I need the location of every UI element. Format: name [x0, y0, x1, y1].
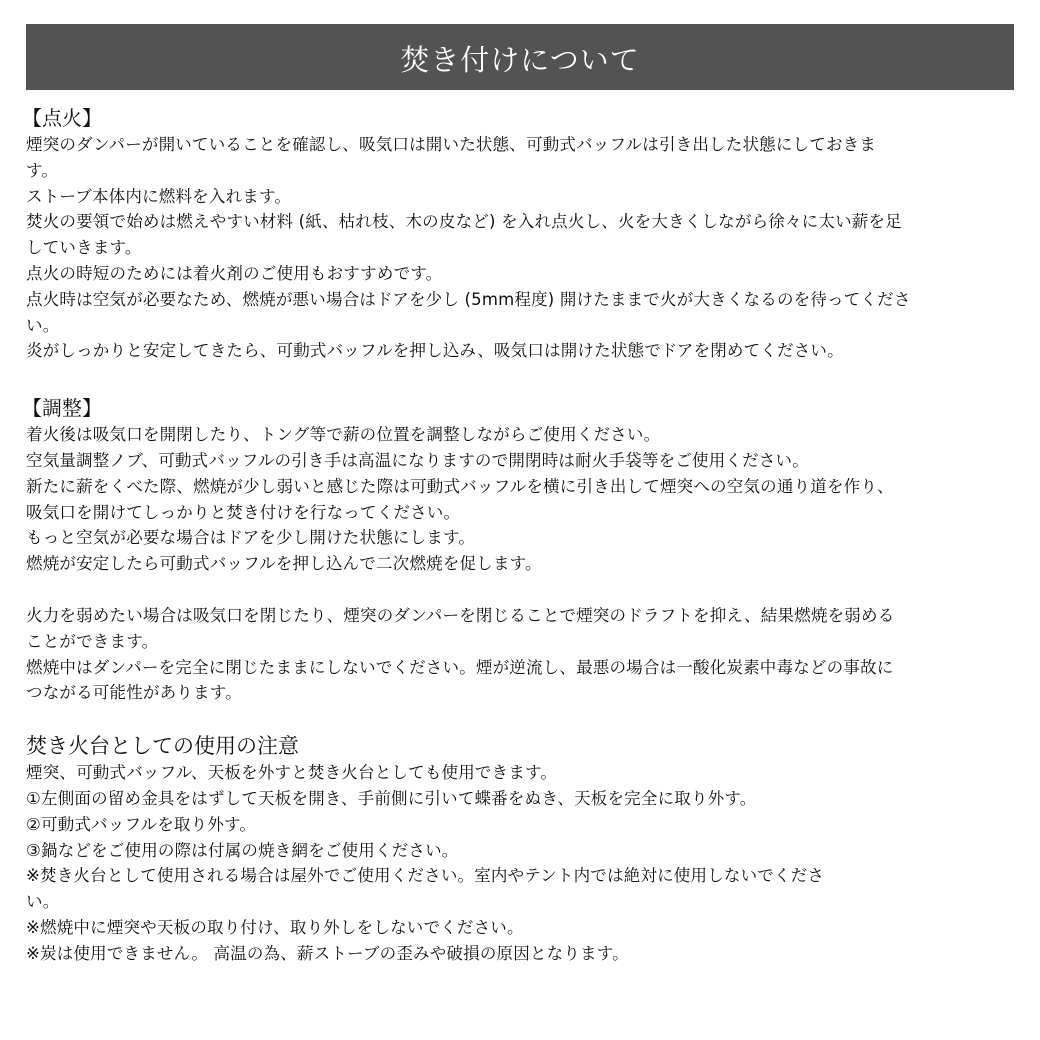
paragraph-line: す。 [26, 158, 1016, 184]
paragraph-line: ※焚き火台として使用される場合は屋外でご使用ください。室内やテント内では絶対に使… [26, 863, 1016, 889]
section-heading-firepit: 焚き火台としての使用の注意 [26, 732, 1016, 760]
paragraph-line: ※燃焼中に煙突や天板の取り付け、取り外しをしないでください。 [26, 915, 1016, 941]
paragraph-line: 点火の時短のためには着火剤のご使用もおすすめです。 [26, 261, 1016, 287]
paragraph-line: 空気量調整ノブ、可動式バッフルの引き手は高温になりますので開閉時は耐火手袋等をご… [26, 448, 1016, 474]
paragraph-line: 燃焼中はダンパーを完全に閉じたままにしないでください。煙が逆流し、最悪の場合は一… [26, 655, 1016, 681]
paragraph-line: 煙突のダンパーが開いていることを確認し、吸気口は開いた状態、可動式バッフルは引き… [26, 132, 1016, 158]
spacer [26, 577, 1016, 603]
paragraph-line: 点火時は空気が必要なため、燃焼が悪い場合はドアを少し (5mm程度) 開けたまま… [26, 287, 1016, 313]
paragraph-line: もっと空気が必要な場合はドアを少し開けた状態にします。 [26, 525, 1016, 551]
paragraph-line: 焚火の要領で始めは燃えやすい材料 (紙、枯れ枝、木の皮など) を入れ点火し、火を… [26, 209, 1016, 235]
paragraph-line: い。 [26, 313, 1016, 339]
paragraph-line: ①左側面の留め金具をはずして天板を開き、手前側に引いて蝶番をぬき、天板を完全に取… [26, 786, 1016, 812]
section-ignition: 【点火】 煙突のダンパーが開いていることを確認し、吸気口は開いた状態、可動式バッ… [26, 104, 1016, 364]
spacer [26, 364, 1016, 390]
paragraph-line: 着火後は吸気口を開閉したり、トング等で薪の位置を調整しながらご使用ください。 [26, 422, 1016, 448]
paragraph-line: 煙突、可動式バッフル、天板を外すと焚き火台としても使用できます。 [26, 760, 1016, 786]
paragraph-line: 燃焼が安定したら可動式バッフルを押し込んで二次燃焼を促します。 [26, 551, 1016, 577]
section-firepit: 焚き火台としての使用の注意 煙突、可動式バッフル、天板を外すと焚き火台としても使… [26, 732, 1016, 966]
paragraph-line: い。 [26, 889, 1016, 915]
paragraph-line: ストーブ本体内に燃料を入れます。 [26, 184, 1016, 210]
paragraph-line: ③鍋などをご使用の際は付属の焼き網をご使用ください。 [26, 838, 1016, 864]
paragraph-line: 吸気口を開けてしっかりと焚き付けを行なってください。 [26, 500, 1016, 526]
page-title: 焚き付けについて [400, 38, 639, 79]
section-adjustment: 【調整】 着火後は吸気口を開閉したり、トング等で薪の位置を調整しながらご使用くだ… [26, 394, 1016, 706]
title-banner: 焚き付けについて [26, 24, 1014, 90]
section-heading-ignition: 【点火】 [22, 104, 1016, 132]
paragraph-line: 火力を弱めたい場合は吸気口を閉じたり、煙突のダンパーを閉じることで煙突のドラフト… [26, 603, 1016, 629]
paragraph-line: ことができます。 [26, 629, 1016, 655]
paragraph-line: ②可動式バッフルを取り外す。 [26, 812, 1016, 838]
paragraph-line: 新たに薪をくべた際、燃焼が少し弱いと感じた際は可動式バッフルを横に引き出して煙突… [26, 474, 1016, 500]
paragraph-line: していきます。 [26, 235, 1016, 261]
paragraph-line: ※炭は使用できません。 高温の為、薪ストーブの歪みや破損の原因となります。 [26, 941, 1016, 967]
paragraph-line: つながる可能性があります。 [26, 680, 1016, 706]
paragraph-line: 炎がしっかりと安定してきたら、可動式バッフルを押し込み、吸気口は開けた状態でドア… [26, 338, 1016, 364]
section-heading-adjustment: 【調整】 [22, 394, 1016, 422]
spacer [26, 706, 1016, 732]
document-body: 【点火】 煙突のダンパーが開いていることを確認し、吸気口は開いた状態、可動式バッ… [26, 104, 1016, 967]
